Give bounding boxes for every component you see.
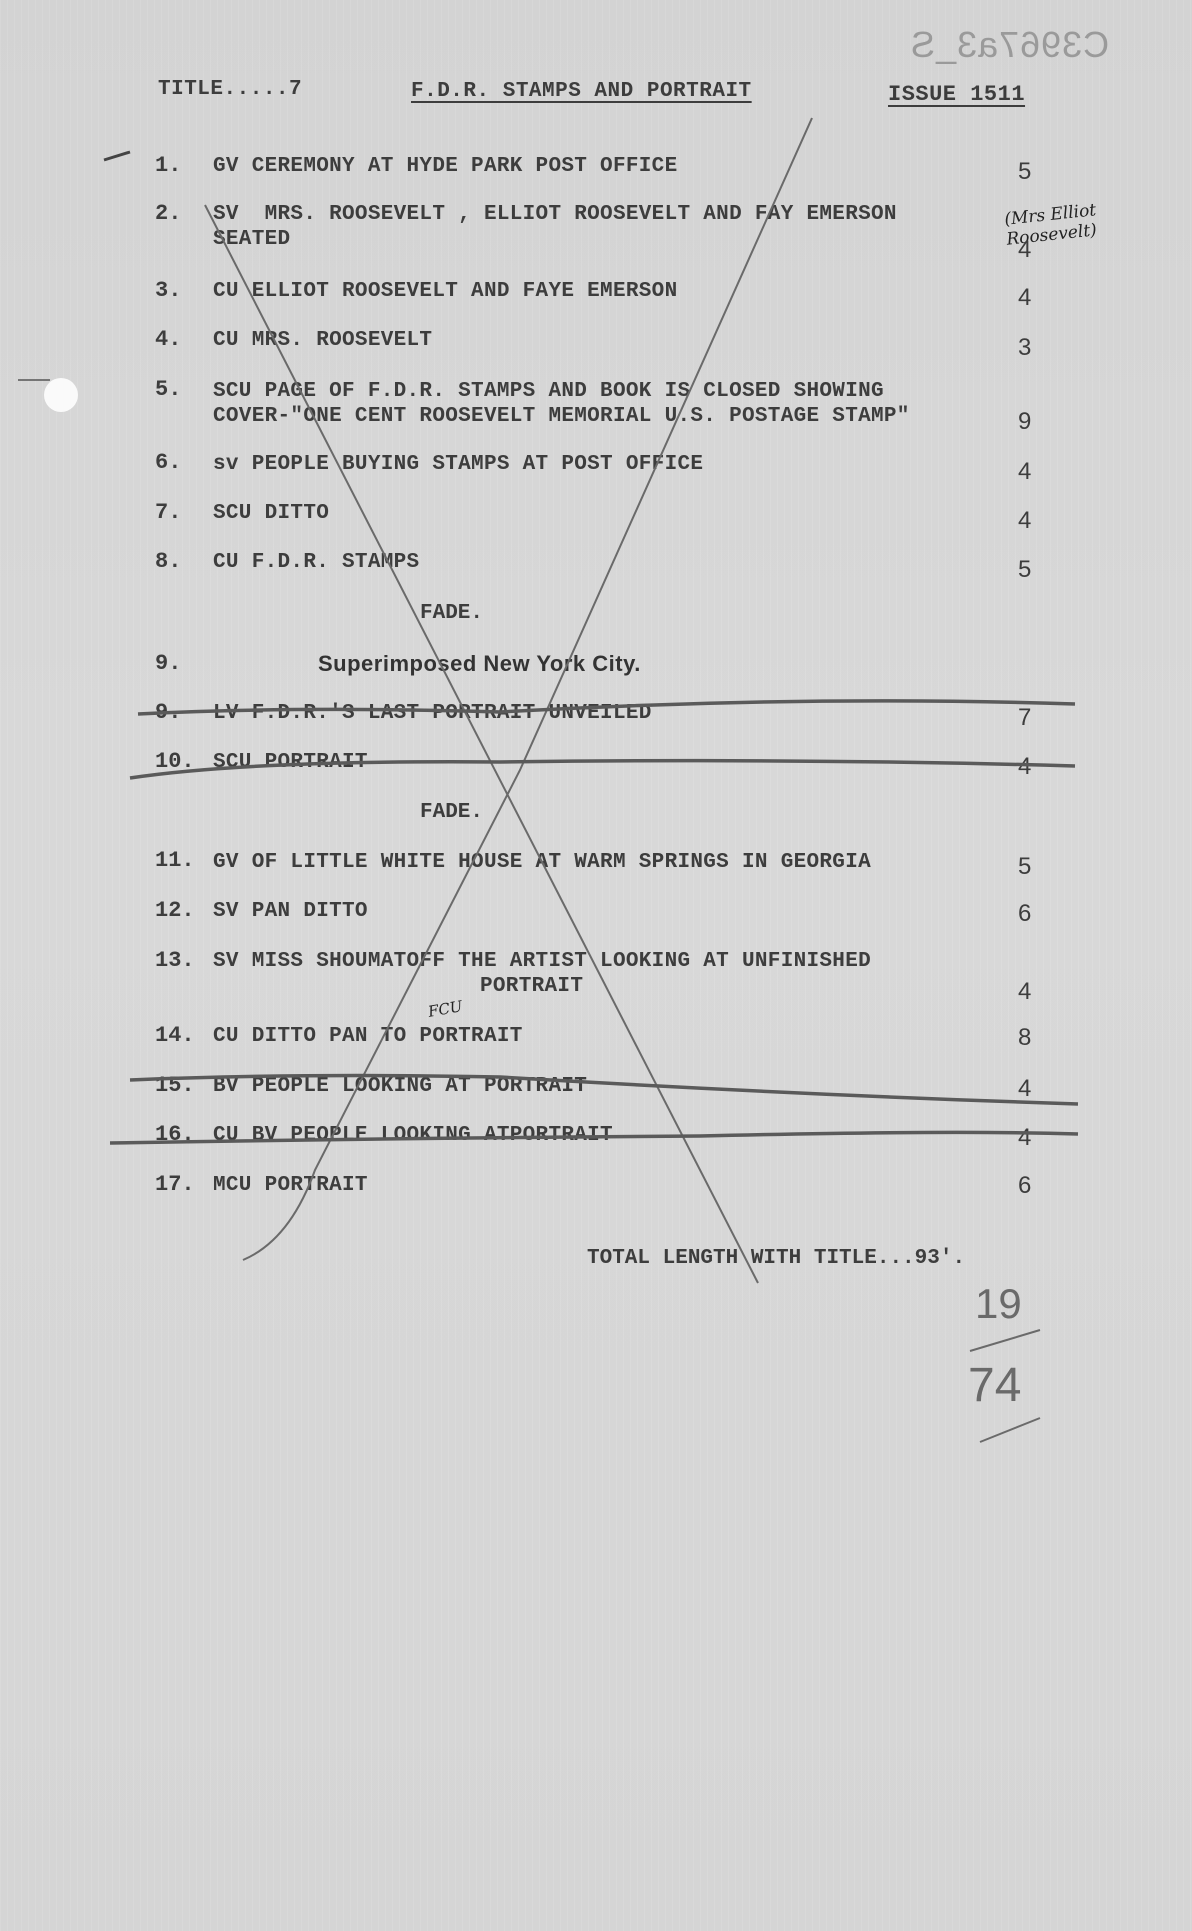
- cross-out-line: [205, 205, 758, 1283]
- shot-number: 17.: [155, 1172, 195, 1197]
- shot-length: 4: [1018, 978, 1031, 1006]
- shot-description: SCU DITTO: [213, 502, 329, 525]
- fade-transition: FADE.: [420, 801, 483, 824]
- shot-description: GV CEREMONY AT HYDE PARK POST OFFICE: [213, 155, 677, 178]
- shot-length: 4: [1018, 507, 1031, 535]
- shot-length-struck: 4: [1018, 1075, 1031, 1103]
- shot-length: 5: [1018, 158, 1031, 186]
- issue-number: ISSUE 1511: [888, 82, 1025, 107]
- handwritten-correction: FCU: [427, 997, 464, 1021]
- shot-number: 6.: [155, 450, 181, 475]
- subject-heading: F.D.R. STAMPS AND PORTRAIT: [411, 80, 752, 103]
- shot-number-struck: 15.: [155, 1073, 195, 1098]
- shot-description-struck: CU BV PEOPLE LOOKING ATPORTRAIT: [213, 1124, 613, 1147]
- shot-length-struck: 4: [1018, 1124, 1031, 1152]
- shot-description: CU DITTO PAN TO PORTRAIT: [213, 1025, 523, 1048]
- shot-description-struck: LV F.D.R.'S LAST PORTRAIT UNVEILED: [213, 702, 652, 725]
- shot-length: 6: [1018, 900, 1031, 928]
- pencil-calc-bottom: 74: [968, 1358, 1021, 1413]
- shot-length: 6: [1018, 1172, 1031, 1200]
- shot-description-continued: PORTRAIT: [480, 975, 583, 998]
- shot-description-continued: SEATED: [213, 228, 290, 251]
- shot-length: 4: [1018, 236, 1031, 264]
- shot-length: 4: [1018, 284, 1031, 312]
- shot-description: CU MRS. ROOSEVELT: [213, 329, 432, 352]
- shot-length: 3: [1018, 334, 1031, 362]
- shot-length-struck: 7: [1018, 704, 1031, 732]
- shot-description: sv PEOPLE BUYING STAMPS AT POST OFFICE: [213, 453, 703, 476]
- shot-number: 8.: [155, 549, 181, 574]
- shot-number-struck: 16.: [155, 1122, 195, 1147]
- shot-number: 3.: [155, 278, 181, 303]
- shot-number-struck: 10.: [155, 749, 195, 774]
- shot-description-struck: SCU PORTRAIT: [213, 751, 368, 774]
- superimposed-number: 9.: [155, 651, 181, 676]
- handwritten-annotation: (Mrs Elliot Roosevelt): [1003, 190, 1192, 249]
- shot-number: 2.: [155, 201, 181, 226]
- shot-length: 5: [1018, 853, 1031, 881]
- shot-number: 12.: [155, 898, 195, 923]
- shot-length: 8: [1018, 1024, 1031, 1052]
- shot-description: SV PAN DITTO: [213, 900, 368, 923]
- shot-description: SV MISS SHOUMATOFF THE ARTIST LOOKING AT…: [213, 950, 871, 973]
- pencil-calc-top: 19: [975, 1280, 1022, 1328]
- total-length: TOTAL LENGTH WITH TITLE...93'.: [587, 1247, 965, 1270]
- shot-number: 1.: [155, 153, 181, 178]
- shot-length-struck: 4: [1018, 753, 1031, 781]
- shot-description: MCU PORTRAIT: [213, 1174, 368, 1197]
- punch-hole: [44, 378, 78, 412]
- fade-transition: FADE.: [420, 602, 483, 625]
- shot-description: SV MRS. ROOSEVELT , ELLIOT ROOSEVELT AND…: [213, 203, 897, 226]
- shot-number: 11.: [155, 848, 195, 873]
- shot-description: CU F.D.R. STAMPS: [213, 551, 419, 574]
- shot-number: 13.: [155, 948, 195, 973]
- shot-number-struck: 9.: [155, 700, 181, 725]
- shot-description: CU ELLIOT ROOSEVELT AND FAYE EMERSON: [213, 280, 677, 303]
- shot-description-struck: BV PEOPLE LOOKING AT PORTRAIT: [213, 1075, 587, 1098]
- shot-description: SCU PAGE OF F.D.R. STAMPS AND BOOK IS CL…: [213, 380, 884, 403]
- shot-length: 9: [1018, 408, 1031, 436]
- archive-stamp-number: C3967a3_S: [910, 24, 1109, 66]
- shot-number: 4.: [155, 327, 181, 352]
- shot-number: 5.: [155, 377, 181, 402]
- shot-length: 4: [1018, 458, 1031, 486]
- shot-length: 5: [1018, 556, 1031, 584]
- title-label: TITLE.....7: [158, 78, 302, 101]
- superimposed-note: Superimposed New York City.: [318, 651, 641, 677]
- shot-number: 14.: [155, 1023, 195, 1048]
- shot-number: 7.: [155, 500, 181, 525]
- shot-description-continued: COVER-"ONE CENT ROOSEVELT MEMORIAL U.S. …: [213, 405, 910, 428]
- shot-description: GV OF LITTLE WHITE HOUSE AT WARM SPRINGS…: [213, 851, 871, 874]
